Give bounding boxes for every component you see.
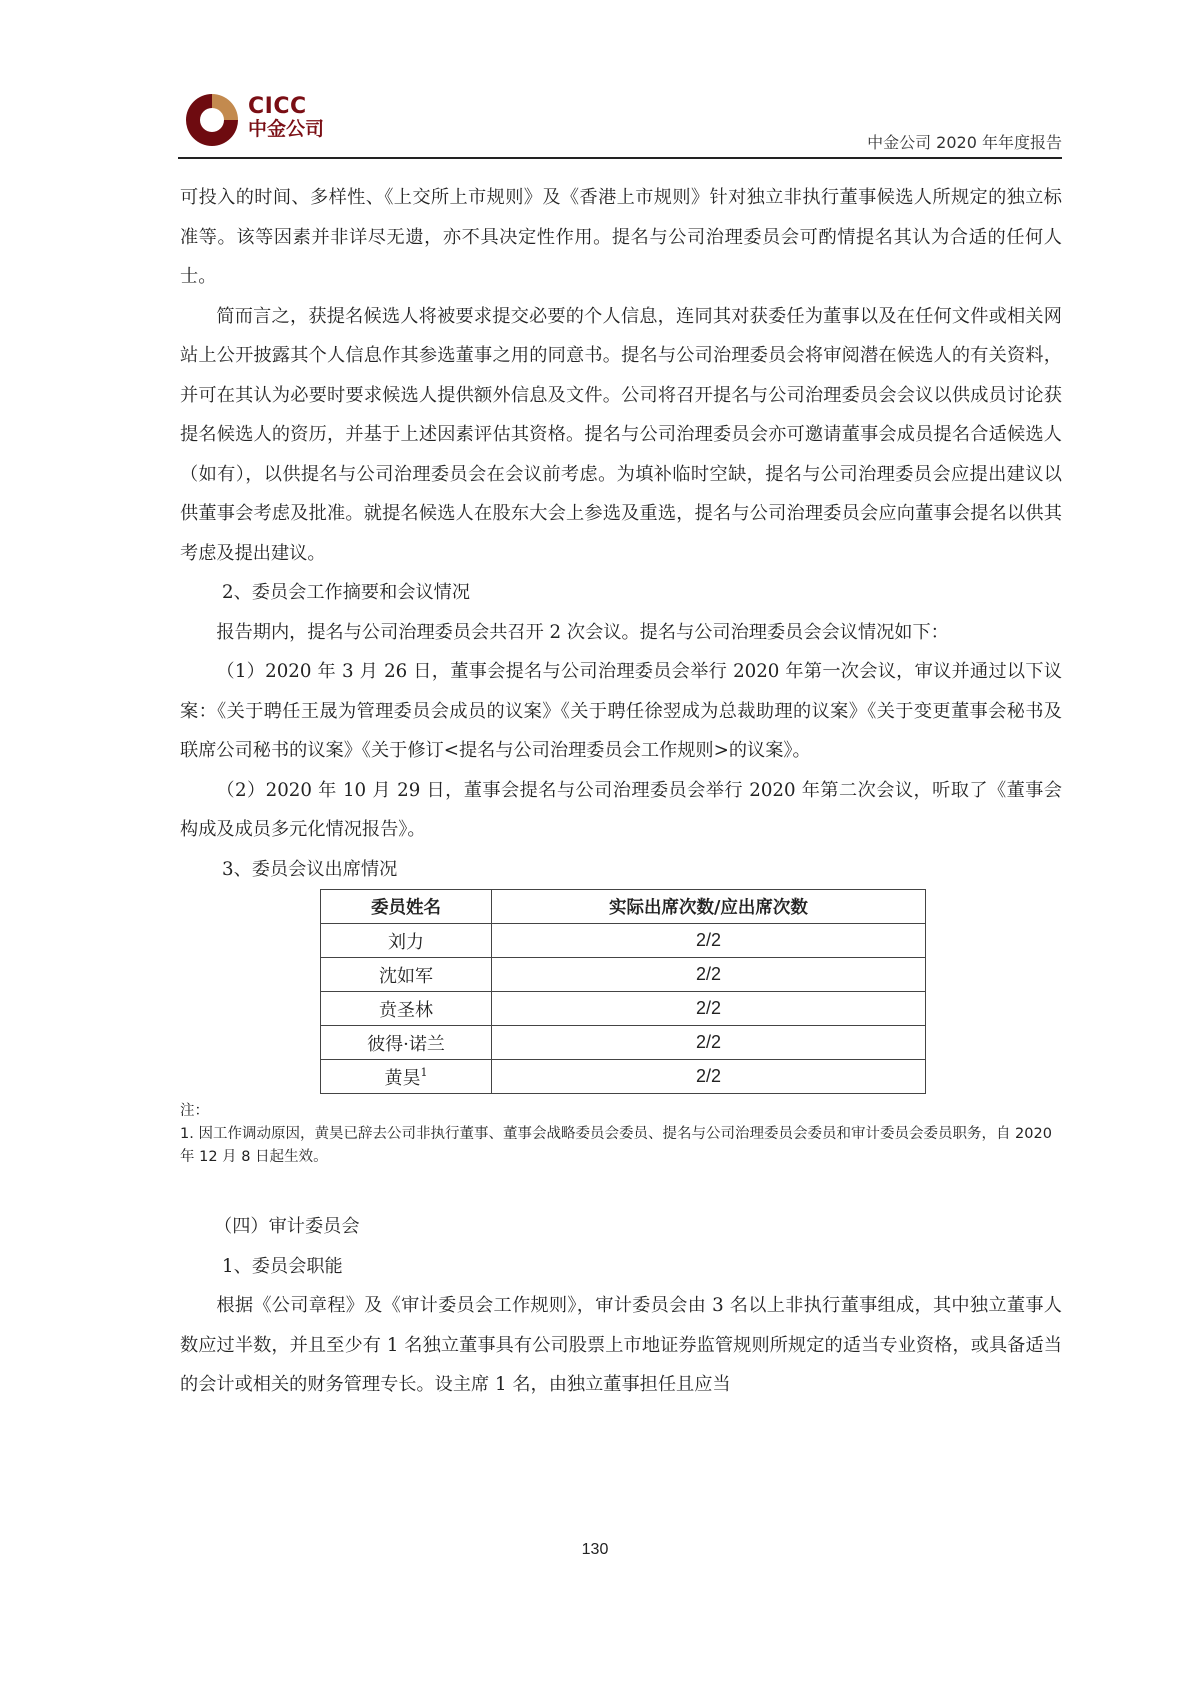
attendance-value: 2/2 (491, 958, 925, 992)
logo-wordmark: CICC 中金公司 (248, 96, 324, 139)
attendance-table: 委员姓名 实际出席次数/应出席次数 刘力 2/2 沈如军 2/2 贲圣林 (320, 889, 926, 1094)
paragraph-audit-committee-composition: 根据《公司章程》及《审计委员会工作规则》，审计委员会由 3 名以上非执行董事组成… (180, 1286, 1062, 1405)
cicc-logo-icon (184, 92, 240, 148)
paragraph-meeting-count: 报告期内，提名与公司治理委员会共召开 2 次会议。提名与公司治理委员会会议情况如… (180, 613, 1062, 653)
table-header-row: 委员姓名 实际出席次数/应出席次数 (321, 890, 926, 924)
page-number: 130 (0, 1541, 1190, 1559)
section-heading-attendance: 3、委员会议出席情况 (180, 850, 1062, 890)
note-item: 1. 因工作调动原因，黄昊已辞去公司非执行董事、董事会战略委员会委员、提名与公司… (180, 1123, 1062, 1169)
member-name: 贲圣林 (321, 992, 492, 1026)
header-divider (178, 157, 1062, 159)
section-heading-work-summary: 2、委员会工作摘要和会议情况 (180, 573, 1062, 613)
paragraph-meeting-2: （2）2020 年 10 月 29 日，董事会提名与公司治理委员会举行 2020… (180, 771, 1062, 850)
section-heading-committee-function: 1、委员会职能 (180, 1247, 1062, 1287)
document-page: CICC 中金公司 中金公司 2020 年年度报告 可投入的时间、多样性、《上交… (0, 0, 1190, 1683)
logo-en: CICC (248, 96, 324, 118)
attendance-table-wrapper: 委员姓名 实际出席次数/应出席次数 刘力 2/2 沈如军 2/2 贲圣林 (320, 889, 926, 1094)
column-header-attendance: 实际出席次数/应出席次数 (491, 890, 925, 924)
member-name: 刘力 (321, 924, 492, 958)
attendance-value: 2/2 (491, 924, 925, 958)
column-header-member-name: 委员姓名 (321, 890, 492, 924)
spacer (180, 1169, 1062, 1207)
footnote-marker: 1 (420, 1066, 427, 1079)
paragraph-nomination-process: 简而言之，获提名候选人将被要求提交必要的个人信息，连同其对获委任为董事以及在任何… (180, 297, 1062, 574)
table-row: 沈如军 2/2 (321, 958, 926, 992)
paragraph-meeting-1: （1）2020 年 3 月 26 日，董事会提名与公司治理委员会举行 2020 … (180, 652, 1062, 771)
table-row: 刘力 2/2 (321, 924, 926, 958)
table-row: 彼得·诺兰 2/2 (321, 1026, 926, 1060)
page-header: CICC 中金公司 中金公司 2020 年年度报告 (178, 86, 1062, 150)
report-title: 中金公司 2020 年年度报告 (867, 130, 1062, 153)
member-name: 彼得·诺兰 (321, 1026, 492, 1060)
member-name: 黄昊1 (321, 1060, 492, 1094)
table-row: 贲圣林 2/2 (321, 992, 926, 1026)
member-name: 沈如军 (321, 958, 492, 992)
table-row: 黄昊1 2/2 (321, 1060, 926, 1094)
section-heading-audit-committee: （四）审计委员会 (180, 1207, 1062, 1247)
attendance-value: 2/2 (491, 992, 925, 1026)
logo-cn: 中金公司 (248, 120, 324, 139)
attendance-value: 2/2 (491, 1060, 925, 1094)
attendance-value: 2/2 (491, 1026, 925, 1060)
notes-label: 注： (180, 1100, 1062, 1123)
paragraph-nomination-criteria: 可投入的时间、多样性、《上交所上市规则》及《香港上市规则》针对独立非执行董事候选… (180, 178, 1062, 297)
page-content: 可投入的时间、多样性、《上交所上市规则》及《香港上市规则》针对独立非执行董事候选… (180, 178, 1062, 1405)
